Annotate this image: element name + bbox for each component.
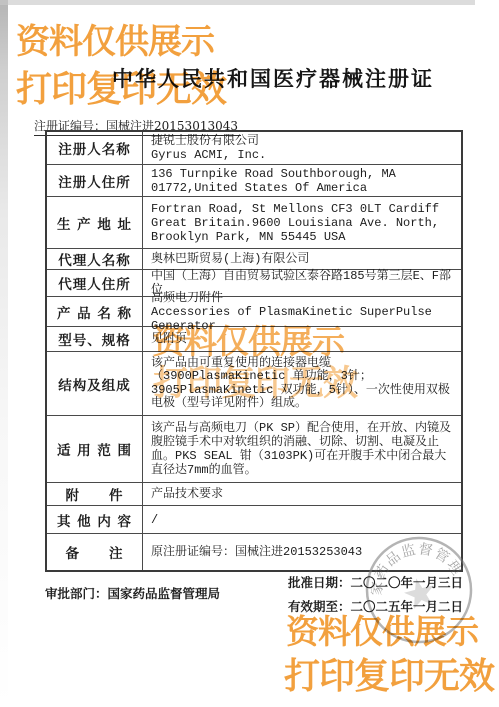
watermark-print-invalid: 打印复印无效 (284, 648, 494, 699)
row-value: 136 Turnpike Road Southborough, MA 01772… (143, 165, 461, 196)
row-label: 结构及组成 (47, 352, 143, 415)
watermark-print-invalid: 打印复印无效 (16, 61, 226, 112)
approval-date: 批准日期：二〇二〇年一月三日 (288, 573, 463, 591)
approval-date-label: 批准日期： (288, 575, 351, 590)
watermark-print-invalid: 打印复印无效 (153, 356, 357, 406)
scan-edge-left (0, 0, 8, 707)
row-label: 生 产 地 址 (47, 197, 143, 248)
approval-date-value: 二〇二〇年一月三日 (350, 575, 463, 590)
table-row: 注册人住所 136 Turnpike Road Southborough, MA… (47, 165, 461, 197)
scan-edge-top (0, 0, 475, 5)
row-value: 产品技术要求 (143, 483, 461, 505)
table-row: 适 用 范 围 该产品与高频电刀（PK SP）配合使用，在开放、内镜及腹腔镜手术… (47, 416, 461, 483)
watermark-display-only: 资料仅供展示 (16, 14, 214, 63)
row-value: 捷锐士股份有限公司 Gyrus ACMI, Inc. (143, 132, 461, 164)
row-label: 注册人住所 (47, 165, 143, 196)
row-label: 代理人住所 (47, 270, 143, 296)
row-label: 产 品 名 称 (47, 297, 143, 326)
row-value: 奥林巴斯贸易(上海)有限公司 (143, 249, 461, 269)
approval-department: 审批部门：国家药品监督管理局 (45, 584, 220, 602)
table-row: 注册人名称 捷锐士股份有限公司 Gyrus ACMI, Inc. (47, 132, 461, 165)
row-label: 其 他 内 容 (47, 506, 143, 533)
row-label: 注册人名称 (47, 132, 143, 164)
row-label: 代理人名称 (47, 249, 143, 269)
approval-department-label: 审批部门： (45, 586, 108, 601)
approval-department-value: 国家药品监督管理局 (108, 586, 221, 601)
table-row: 生 产 地 址 Fortran Road, St Mellons CF3 0LT… (47, 197, 461, 249)
table-row: 附 件 产品技术要求 (47, 483, 461, 506)
row-value: 该产品与高频电刀（PK SP）配合使用，在开放、内镜及腹腔镜手术中对软组织的消融… (143, 416, 461, 482)
table-row: 代理人名称 奥林巴斯贸易(上海)有限公司 (47, 249, 461, 270)
certificate-page: 中华人民共和国医疗器械注册证 注册证编号：国械注进20153013043 注册人… (0, 0, 499, 707)
row-value: Fortran Road, St Mellons CF3 0LT Cardiff… (143, 197, 461, 248)
row-label: 备 注 (47, 534, 143, 570)
table-row: 其 他 内 容 / (47, 506, 461, 534)
row-value: / (143, 506, 461, 533)
row-label: 适 用 范 围 (47, 416, 143, 482)
watermark-display-only: 资料仅供展示 (286, 606, 478, 653)
row-label: 附 件 (47, 483, 143, 505)
row-label: 型号、规格 (47, 327, 143, 351)
